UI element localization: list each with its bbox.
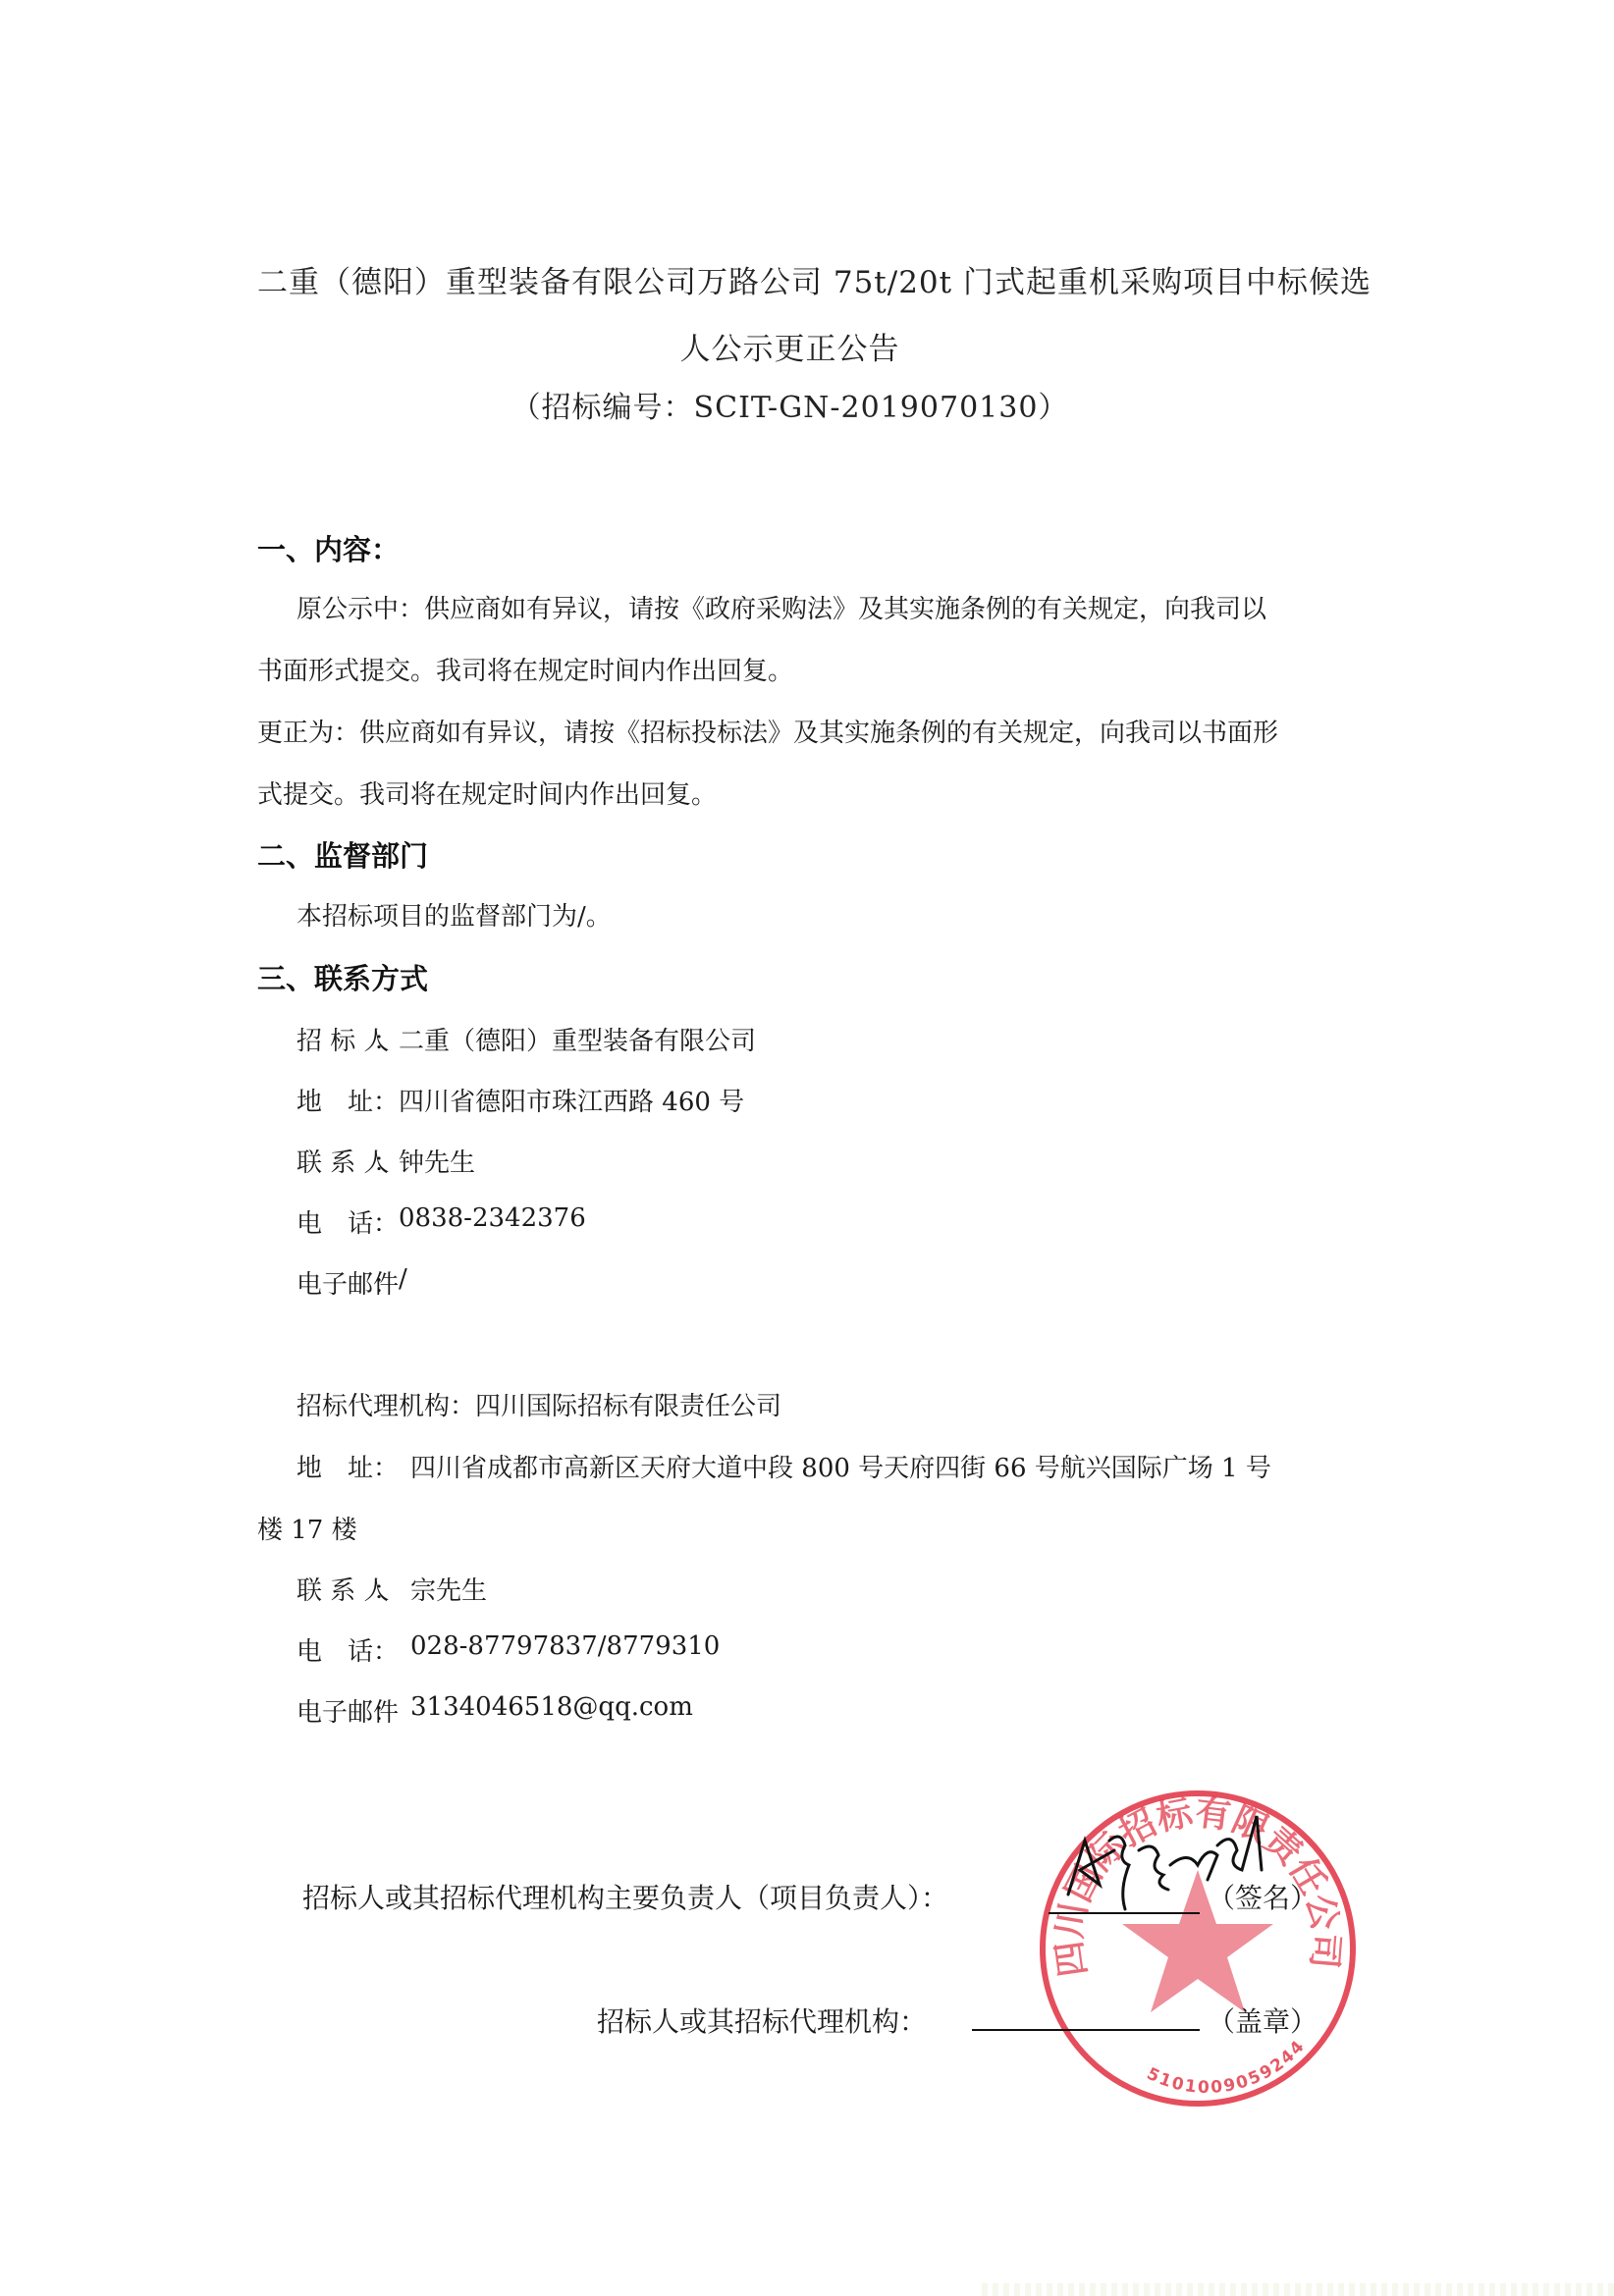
seal-suffix: （盖章） bbox=[1208, 2001, 1318, 2040]
contact-value: 0838-2342376 bbox=[399, 1203, 586, 1240]
original-text-line-2: 书面形式提交。我司将在规定时间内作出回复。 bbox=[257, 651, 793, 687]
tenderer-email-row: 电子邮件：/ bbox=[296, 1264, 407, 1301]
tenderer-address-row: 地 址：四川省德阳市珠江西路 460 号 bbox=[296, 1082, 744, 1118]
supervision-text: 本招标项目的监督部门为/。 bbox=[296, 896, 612, 933]
document-title-line-1: 二重（德阳）重型装备有限公司万路公司 75t/20t 门式起重机采购项目中标候选 bbox=[257, 257, 1322, 301]
contact-value: 宗先生 bbox=[399, 1571, 487, 1607]
tenderer-contact-person-row: 联 系 人：钟先生 bbox=[296, 1143, 475, 1179]
agency-email-row: 电子邮件：3134046518@qq.com bbox=[296, 1692, 693, 1729]
organization-label: 招标人或其招标代理机构： bbox=[597, 2001, 927, 2040]
tenderer-phone-row: 电 话：0838-2342376 bbox=[296, 1203, 586, 1240]
section-heading-contact: 三、联系方式 bbox=[257, 957, 428, 997]
agency-name-value: 四川国际招标有限责任公司 bbox=[475, 1386, 781, 1422]
contact-label: 联 系 人 bbox=[296, 1143, 373, 1179]
section-heading-supervision: 二、监督部门 bbox=[257, 834, 428, 875]
responsible-person-label: 招标人或其招标代理机构主要负责人（项目负责人）： bbox=[302, 1877, 948, 1916]
handwritten-signature bbox=[1060, 1811, 1286, 1919]
contact-value: 3134046518@qq.com bbox=[399, 1692, 693, 1729]
agency-contact-person-row: 联 系 人：宗先生 bbox=[296, 1571, 487, 1607]
scan-artifact bbox=[982, 2283, 1614, 2296]
document-page: 二重（德阳）重型装备有限公司万路公司 75t/20t 门式起重机采购项目中标候选… bbox=[0, 0, 1614, 2296]
seal-line bbox=[972, 2029, 1200, 2031]
document-title-line-2: 人公示更正公告 bbox=[257, 324, 1322, 368]
corrected-text-line-2: 式提交。我司将在规定时间内作出回复。 bbox=[257, 774, 717, 811]
corrected-text-line-1: 更正为：供应商如有异议，请按《招标投标法》及其实施条例的有关规定，向我司以书面形 bbox=[257, 713, 1278, 749]
tender-number: （招标编号：SCIT-GN-2019070130） bbox=[257, 383, 1322, 426]
agency-name-row: 招标代理机构：四川国际招标有限责任公司 bbox=[296, 1386, 781, 1422]
agency-address-continued: 楼 17 楼 bbox=[257, 1510, 357, 1546]
contact-label: 招 标 人 bbox=[296, 1021, 373, 1057]
section-heading-content: 一、内容： bbox=[257, 528, 400, 568]
contact-value: 二重（德阳）重型装备有限公司 bbox=[399, 1021, 756, 1057]
contact-label: 电子邮件 bbox=[296, 1692, 373, 1729]
contact-label: 电子邮件 bbox=[296, 1264, 373, 1301]
agency-phone-row: 电 话：028-87797837/8779310 bbox=[296, 1631, 720, 1668]
contact-label: 电 话 bbox=[296, 1631, 373, 1668]
contact-label: 地 址 bbox=[296, 1448, 373, 1484]
agency-address-value: 四川省成都市高新区天府大道中段 800 号天府四街 66 号航兴国际广场 1 号 bbox=[399, 1448, 1271, 1484]
tenderer-name-row: 招 标 人：二重（德阳）重型装备有限公司 bbox=[296, 1021, 756, 1057]
contact-value: 028-87797837/8779310 bbox=[399, 1631, 720, 1668]
agency-name-label: 招标代理机构： bbox=[296, 1386, 475, 1422]
stamp-number: 5101009059244 bbox=[1144, 2036, 1310, 2098]
original-text-line-1: 原公示中：供应商如有异议，请按《政府采购法》及其实施条例的有关规定，向我司以 bbox=[296, 589, 1266, 625]
contact-label: 电 话 bbox=[296, 1203, 373, 1240]
contact-label: 联 系 人 bbox=[296, 1571, 373, 1607]
contact-value: 四川省德阳市珠江西路 460 号 bbox=[399, 1082, 744, 1118]
contact-value: 钟先生 bbox=[399, 1143, 475, 1179]
contact-value: / bbox=[399, 1264, 407, 1301]
svg-text:5101009059244: 5101009059244 bbox=[1144, 2036, 1310, 2098]
agency-address-row: 地 址：四川省成都市高新区天府大道中段 800 号天府四街 66 号航兴国际广场… bbox=[296, 1448, 1271, 1484]
contact-label: 地 址 bbox=[296, 1082, 373, 1118]
